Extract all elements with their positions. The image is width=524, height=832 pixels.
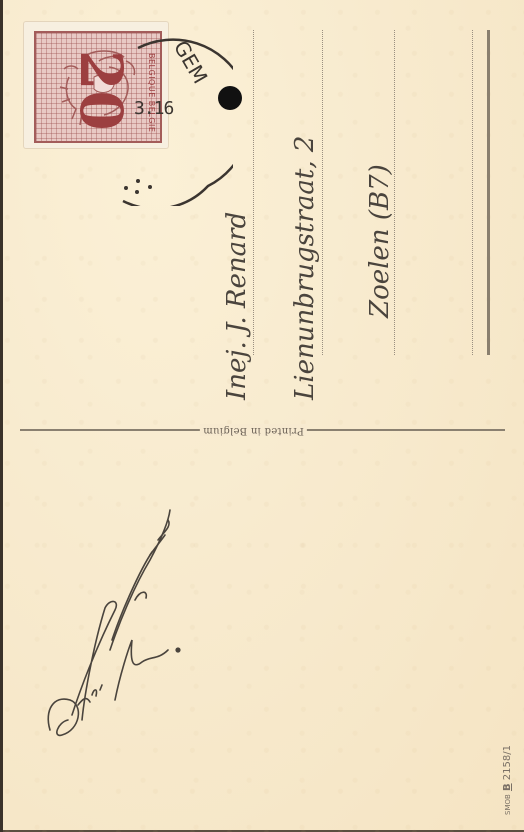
address-city: Zoelen (B7) [365,164,395,318]
address-line-1 [253,30,254,355]
postmark-circle [98,36,233,206]
address-line-2 [322,30,323,355]
postcard-back: 20 BELGIQUE BELGIE GEM 3.16 Inej. J. Ren… [0,0,524,832]
address-line-4 [472,30,473,355]
postmark-date: 3.16 [134,98,173,119]
signature-scrawl [40,490,200,750]
printed-in-note: Printed in Belgium [200,424,307,436]
edge-rule [487,30,490,355]
punch-hole [218,86,242,110]
address-street: Lienunbrugstraat, 2 [290,136,320,400]
publisher-code: SMOB B 2158/1 [502,745,513,815]
address-recipient: Inej. J. Renard [222,212,252,400]
